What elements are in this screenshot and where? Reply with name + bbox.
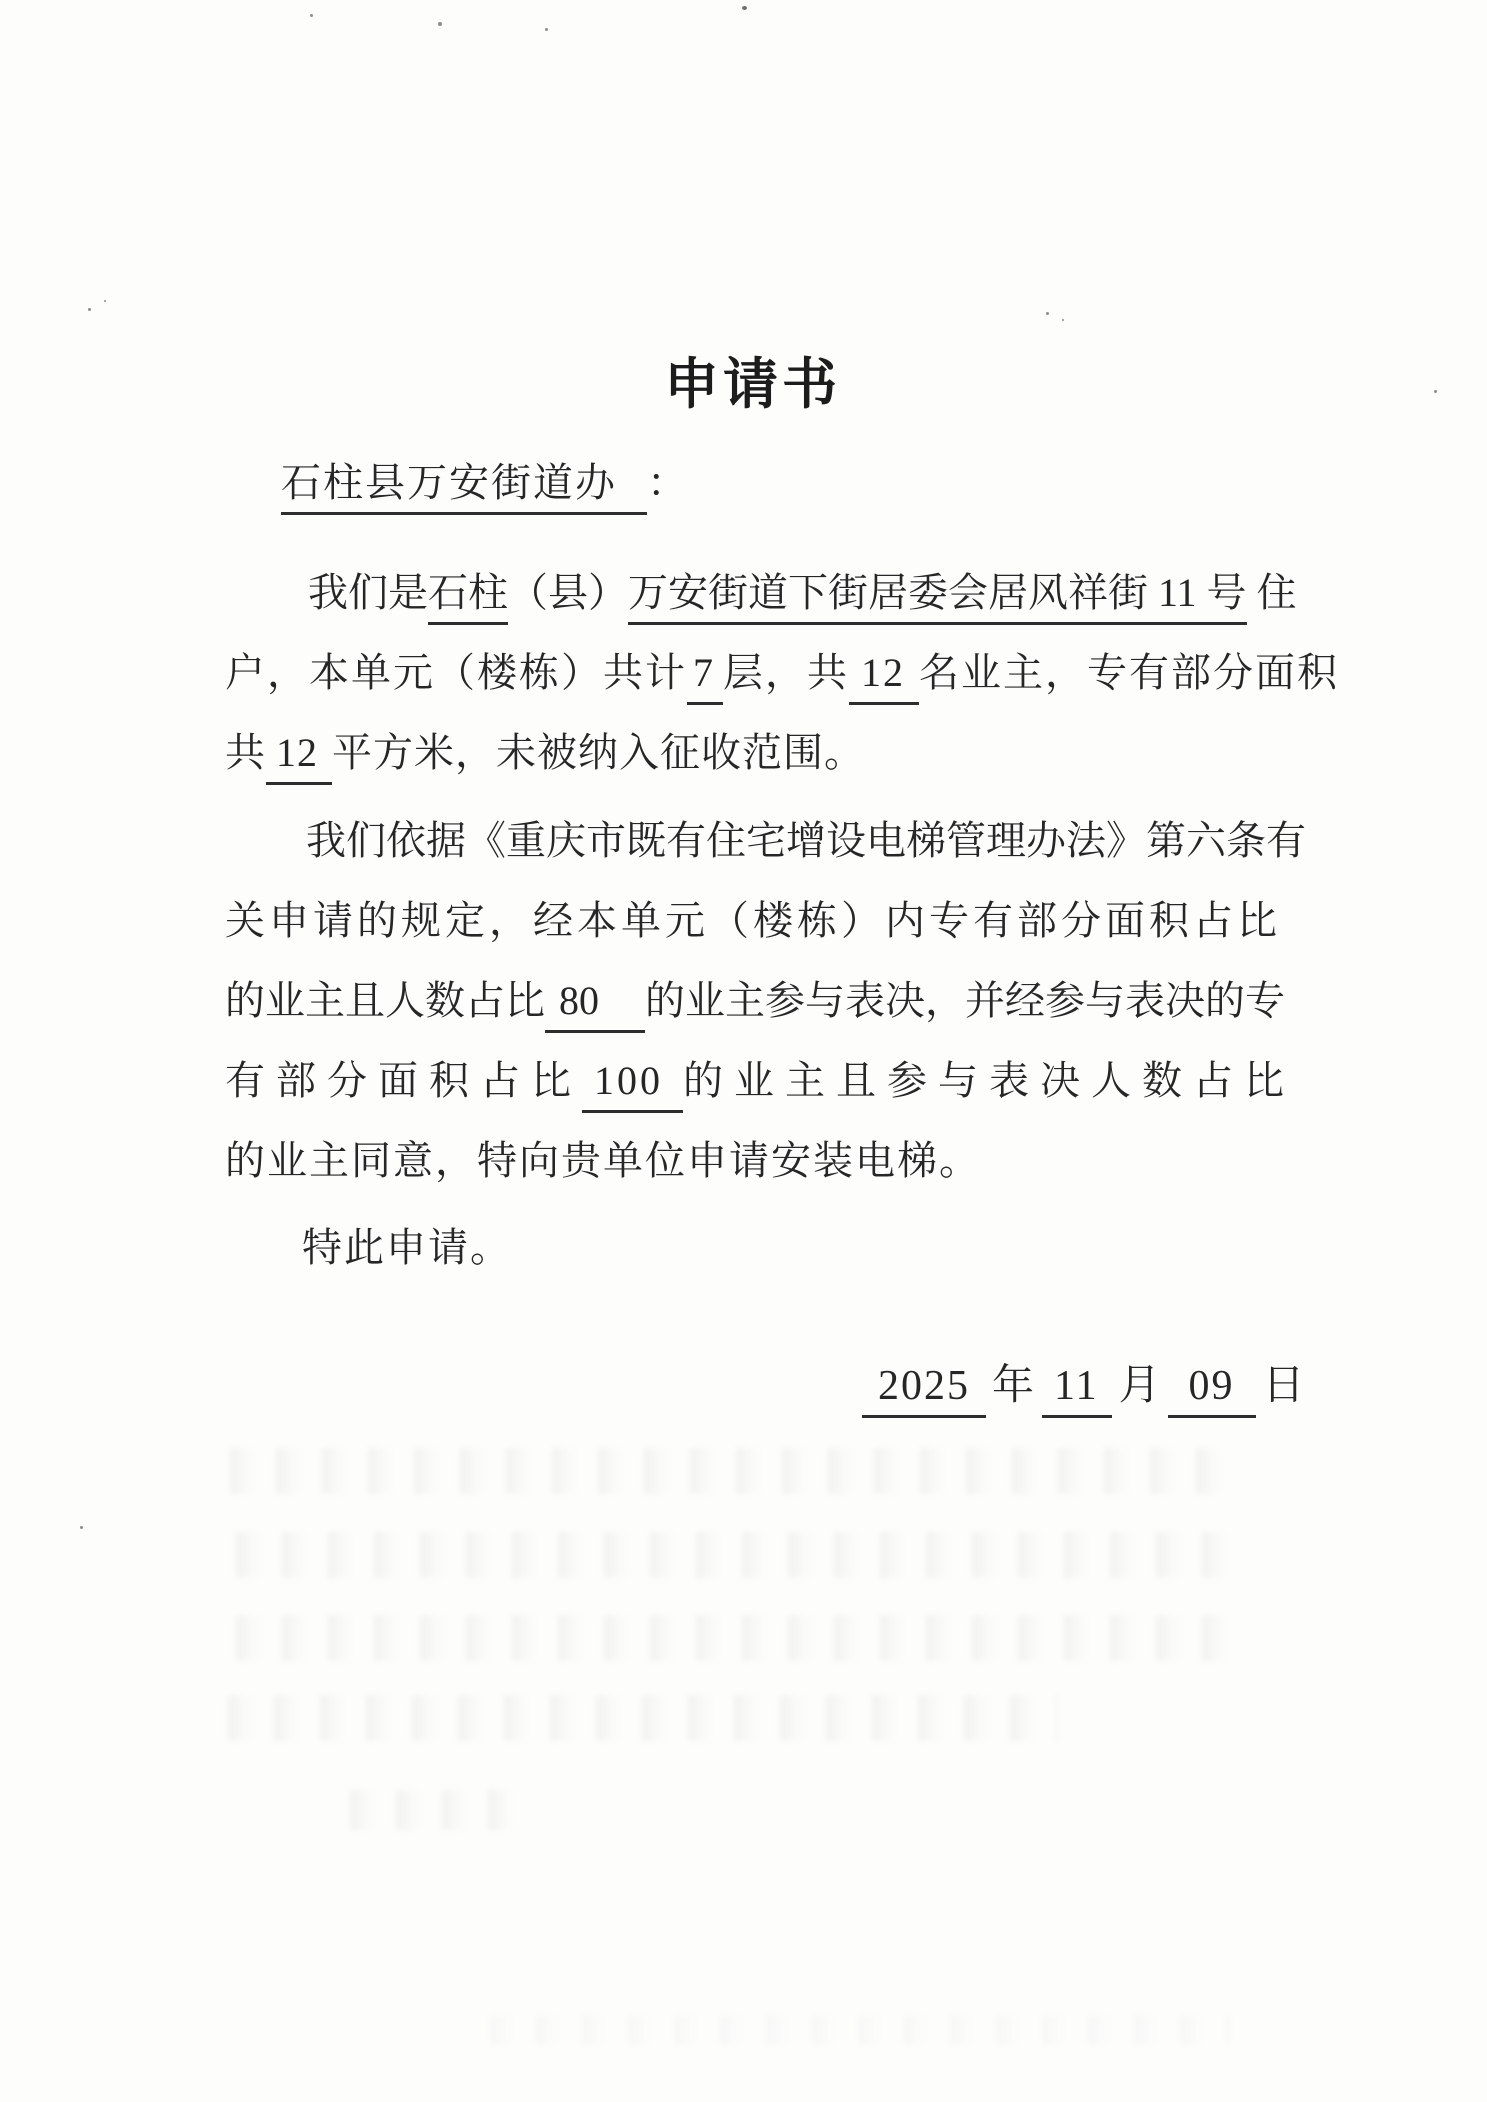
- paragraph1-line2: 户，本单元（楼栋）共计7层，共12名业主，专有部分面积: [225, 650, 1339, 696]
- closing-line: 特此申请。: [302, 1225, 512, 1271]
- scan-speck: [88, 308, 91, 311]
- salutation-addressee: 石柱县万安街道办: [281, 460, 647, 515]
- bleed-through-row: [490, 2015, 1230, 2045]
- blank-pct-area: 100: [582, 1058, 683, 1113]
- p2l4-text: 有部分面积占比: [225, 1058, 582, 1103]
- date-month: 11: [1042, 1363, 1112, 1418]
- p1l2-text: 户，本单元（楼栋）共计: [225, 650, 687, 695]
- p1l2-text: 名业主，专有部分面积: [919, 650, 1339, 695]
- page-title: 申请书: [664, 340, 841, 419]
- bleed-through-row: [228, 1695, 1058, 1741]
- paragraph2-line4: 有部分面积占比100的业主且参与表决人数占比: [225, 1058, 1295, 1104]
- scan-speck: [1062, 319, 1064, 321]
- salutation-colon: ：: [647, 460, 689, 505]
- scan-speck: [1434, 390, 1437, 393]
- paragraph1-line1: 我们是石柱（县）万安街道下街居委会居风祥街 11 号 住: [308, 570, 1297, 616]
- p2l3-text: 的业主参与表决，并经参与表决的专: [645, 978, 1285, 1023]
- scan-speck: [742, 6, 747, 10]
- scan-speck: [438, 22, 442, 26]
- date-month-label: 月: [1118, 1363, 1162, 1409]
- scan-speck: [80, 1526, 83, 1529]
- date-year-label: 年: [992, 1363, 1036, 1409]
- scan-speck: [104, 300, 106, 302]
- bleed-through-row: [236, 1615, 1246, 1661]
- paragraph2-line3: 的业主且人数占比80的业主参与表决，并经参与表决的专: [225, 978, 1285, 1024]
- bleed-through-row: [236, 1532, 1236, 1578]
- bleed-through-row: [230, 1448, 1220, 1494]
- p1l1-text: （县）: [508, 570, 628, 615]
- blank-address: 万安街道下街居委会居风祥街 11 号: [628, 570, 1247, 625]
- scan-speck: [545, 28, 548, 31]
- blank-owners: 12: [849, 650, 919, 705]
- date-day-label: 日: [1262, 1363, 1306, 1409]
- scan-speck: [1046, 312, 1049, 315]
- scan-speck: [310, 14, 313, 17]
- paragraph1-line3: 共12平方米，未被纳入征收范围。: [225, 730, 865, 776]
- paragraph2-line5: 的业主同意，特向贵单位申请安装电梯。: [225, 1138, 981, 1184]
- date-year: 2025: [862, 1363, 986, 1418]
- p1l2-text: 层，共: [723, 650, 849, 695]
- date-line: 2025年11月09日: [862, 1362, 1313, 1410]
- p1l3-text: 平方米，未被纳入征收范围。: [332, 730, 865, 775]
- p2l4-text: 的业主且参与表决人数占比: [683, 1058, 1295, 1103]
- salutation-line: 石柱县万安街道办：: [281, 460, 689, 506]
- blank-pct-voters: 80: [545, 978, 645, 1033]
- bleed-through-row: [350, 1790, 510, 1830]
- p1l1-text: 住: [1247, 570, 1297, 615]
- p1l3-text: 共: [225, 730, 266, 775]
- blank-county: 石柱: [428, 570, 508, 625]
- scanned-application-letter: 申请书 石柱县万安街道办： 我们是石柱（县）万安街道下街居委会居风祥街 11 号…: [0, 0, 1487, 2102]
- blank-area: 12: [266, 730, 332, 785]
- blank-floors: 7: [687, 650, 723, 705]
- paragraph2-line1: 我们依据《重庆市既有住宅增设电梯管理办法》第六条有: [306, 818, 1306, 864]
- p2l3-text: 的业主且人数占比: [225, 978, 545, 1023]
- date-day: 09: [1168, 1363, 1256, 1418]
- p1l1-text: 我们是: [308, 570, 428, 615]
- paragraph2-line2: 关申请的规定，经本单元（楼栋）内专有部分面积占比: [225, 898, 1281, 944]
